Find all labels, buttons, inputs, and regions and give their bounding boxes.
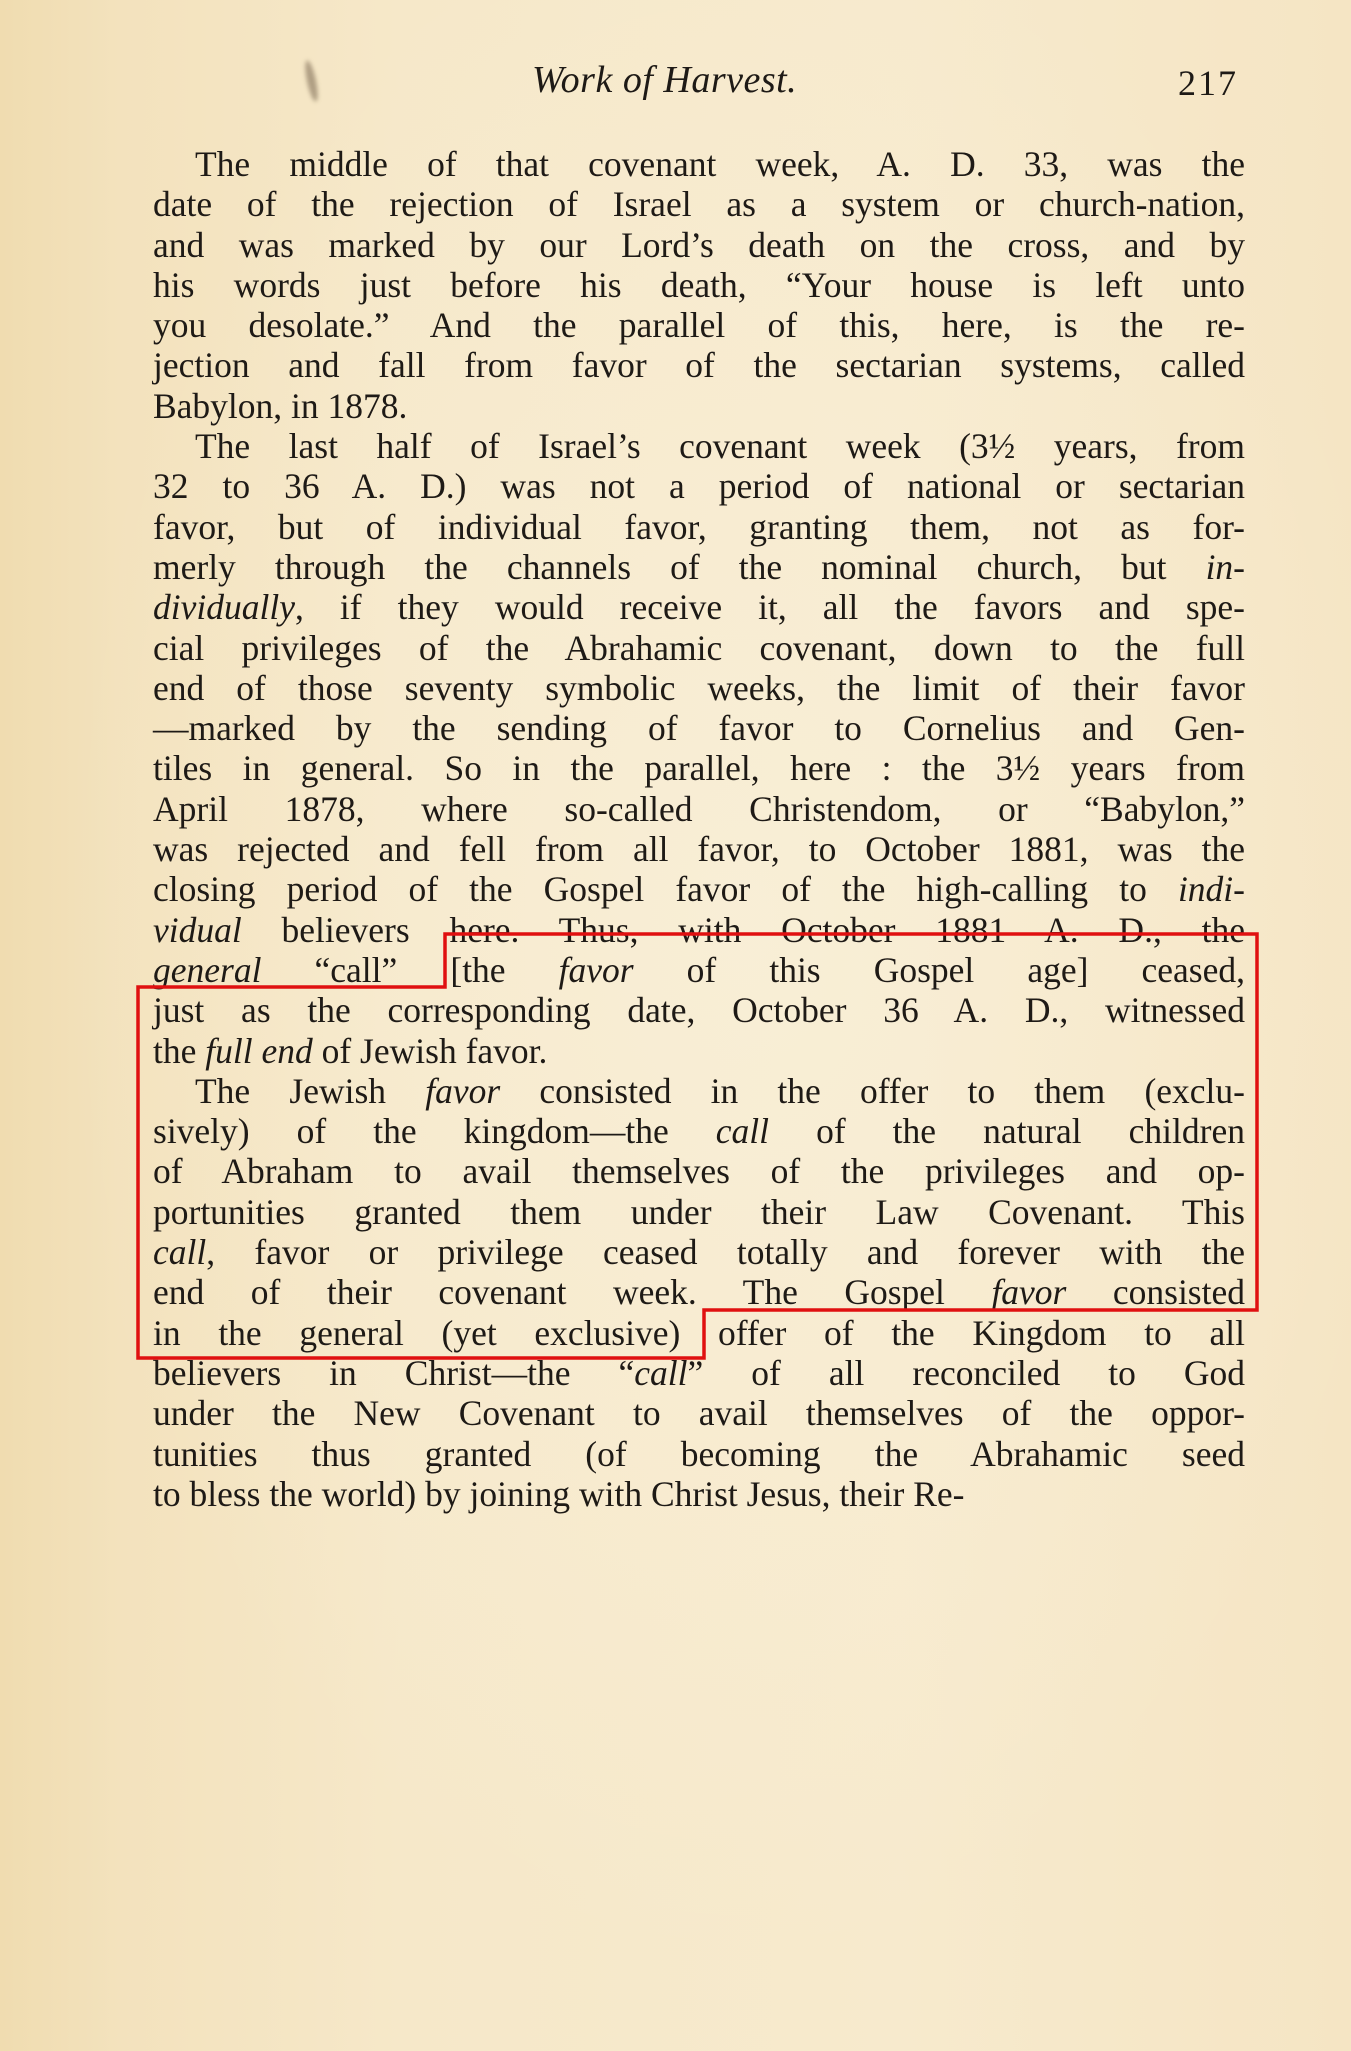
italic-text: call — [153, 1232, 206, 1272]
text-run: date of the rejection of Israel as a sys… — [153, 184, 1245, 224]
paragraph: The middle of that covenant week, A. D. … — [153, 144, 1245, 426]
text-run: , favor or privilege ceased totally and … — [206, 1232, 1245, 1272]
text-run: , if they would receive it, all the favo… — [295, 587, 1245, 627]
italic-text: call — [716, 1111, 769, 1151]
text-run: portunities granted them under their Law… — [153, 1192, 1245, 1232]
text-run: favor, but of individual favor, granting… — [153, 507, 1245, 547]
text-run: tunities thus granted (of becoming the A… — [153, 1434, 1245, 1474]
text-run: The last half of Israel’s covenant week … — [195, 426, 1245, 466]
text-line: just as the corresponding date, October … — [153, 990, 1245, 1030]
text-run: of Abraham to avail themselves of the pr… — [153, 1151, 1245, 1191]
text-line: tiles in general. So in the parallel, he… — [153, 748, 1245, 788]
text-line: jection and fall from favor of the secta… — [153, 345, 1245, 385]
text-run: of this Gospel age] ceased, — [634, 950, 1245, 990]
italic-text: favor — [991, 1272, 1066, 1312]
italic-text: in- — [1206, 547, 1245, 587]
text-line: believers in Christ—the “call” of all re… — [153, 1353, 1245, 1393]
text-run: ” of all reconciled to God — [687, 1353, 1245, 1393]
italic-text: call — [634, 1353, 687, 1393]
text-run: The middle of that covenant week, A. D. … — [195, 144, 1245, 184]
text-line: The Jewish favor consisted in the offer … — [153, 1071, 1245, 1111]
text-line: and was marked by our Lord’s death on th… — [153, 225, 1245, 265]
paragraph: The Jewish favor consisted in the offer … — [153, 1071, 1245, 1514]
text-run: closing period of the Gospel favor of th… — [153, 869, 1178, 909]
italic-text: favor — [559, 950, 634, 990]
text-line: general “call” [the favor of this Gospel… — [153, 950, 1245, 990]
text-line: —marked by the sending of favor to Corne… — [153, 708, 1245, 748]
text-line: the full end of Jewish favor. — [153, 1031, 1245, 1071]
text-run: the — [153, 1031, 205, 1071]
text-line: was rejected and fell from all favor, to… — [153, 829, 1245, 869]
text-run: and was marked by our Lord’s death on th… — [153, 225, 1245, 265]
text-run: believers in Christ—the “ — [153, 1353, 634, 1393]
running-title: Work of Harvest. — [532, 58, 797, 102]
text-line: to bless the world) by joining with Chri… — [153, 1474, 1245, 1514]
text-line: call, favor or privilege ceased totally … — [153, 1232, 1245, 1272]
text-line: in the general (yet exclusive) offer of … — [153, 1313, 1245, 1353]
text-run: —marked by the sending of favor to Corne… — [153, 708, 1245, 748]
text-run: in the general (yet exclusive) offer of … — [153, 1313, 1245, 1353]
text-line: of Abraham to avail themselves of the pr… — [153, 1151, 1245, 1191]
text-line: merly through the channels of the nomina… — [153, 547, 1245, 587]
text-run: 32 to 36 A. D.) was not a period of nati… — [153, 466, 1245, 506]
text-run: of the natural children — [769, 1111, 1245, 1151]
text-line: date of the rejection of Israel as a sys… — [153, 184, 1245, 224]
text-line: cial privileges of the Abrahamic covenan… — [153, 628, 1245, 668]
running-header: Work of Harvest. 217 — [0, 52, 1351, 112]
text-line: under the New Covenant to avail themselv… — [153, 1393, 1245, 1433]
text-line: The middle of that covenant week, A. D. … — [153, 144, 1245, 184]
text-run: of Jewish favor. — [313, 1031, 548, 1071]
text-run: The Jewish — [195, 1071, 425, 1111]
text-line: vidual believers here. Thus, with Octobe… — [153, 910, 1245, 950]
italic-text: favor — [425, 1071, 500, 1111]
text-run: to bless the world) by joining with Chri… — [153, 1474, 965, 1514]
paragraph: The last half of Israel’s covenant week … — [153, 426, 1245, 1071]
text-line: sively) of the kingdom—the call of the n… — [153, 1111, 1245, 1151]
text-line: Babylon, in 1878. — [153, 386, 1245, 426]
text-run: April 1878, where so-called Christendom,… — [153, 789, 1245, 829]
text-run: consisted in the offer to them (exclu- — [500, 1071, 1245, 1111]
text-line: end of those seventy symbolic weeks, the… — [153, 668, 1245, 708]
text-run: his words just before his death, “Your h… — [153, 265, 1245, 305]
text-run: jection and fall from favor of the secta… — [153, 345, 1245, 385]
page-number: 217 — [1178, 62, 1238, 104]
italic-text: general — [153, 950, 261, 990]
text-line: April 1878, where so-called Christendom,… — [153, 789, 1245, 829]
text-line: The last half of Israel’s covenant week … — [153, 426, 1245, 466]
text-run: consisted — [1066, 1272, 1245, 1312]
text-line: closing period of the Gospel favor of th… — [153, 869, 1245, 909]
text-run: cial privileges of the Abrahamic covenan… — [153, 628, 1245, 668]
italic-text: vidual — [153, 910, 242, 950]
text-run: end of those seventy symbolic weeks, the… — [153, 668, 1245, 708]
text-run: sively) of the kingdom—the — [153, 1111, 716, 1151]
text-run: believers here. Thus, with October 1881 … — [242, 910, 1245, 950]
text-run: merly through the channels of the nomina… — [153, 547, 1206, 587]
text-line: portunities granted them under their Law… — [153, 1192, 1245, 1232]
italic-text: indi- — [1178, 869, 1245, 909]
text-run: end of their covenant week. The Gospel — [153, 1272, 991, 1312]
text-line: his words just before his death, “Your h… — [153, 265, 1245, 305]
italic-text: full end — [205, 1031, 312, 1071]
text-line: end of their covenant week. The Gospel f… — [153, 1272, 1245, 1312]
text-run: was rejected and fell from all favor, to… — [153, 829, 1245, 869]
body-text: The middle of that covenant week, A. D. … — [153, 144, 1245, 1514]
text-run: you desolate.” And the parallel of this,… — [153, 305, 1245, 345]
text-line: tunities thus granted (of becoming the A… — [153, 1434, 1245, 1474]
text-line: dividually, if they would receive it, al… — [153, 587, 1245, 627]
text-line: 32 to 36 A. D.) was not a period of nati… — [153, 466, 1245, 506]
text-line: favor, but of individual favor, granting… — [153, 507, 1245, 547]
italic-text: dividually — [153, 587, 295, 627]
text-run: just as the corresponding date, October … — [153, 990, 1245, 1030]
text-run: “call” [the — [261, 950, 558, 990]
text-run: under the New Covenant to avail themselv… — [153, 1393, 1245, 1433]
text-run: tiles in general. So in the parallel, he… — [153, 748, 1245, 788]
text-run: Babylon, in 1878. — [153, 386, 407, 426]
text-line: you desolate.” And the parallel of this,… — [153, 305, 1245, 345]
